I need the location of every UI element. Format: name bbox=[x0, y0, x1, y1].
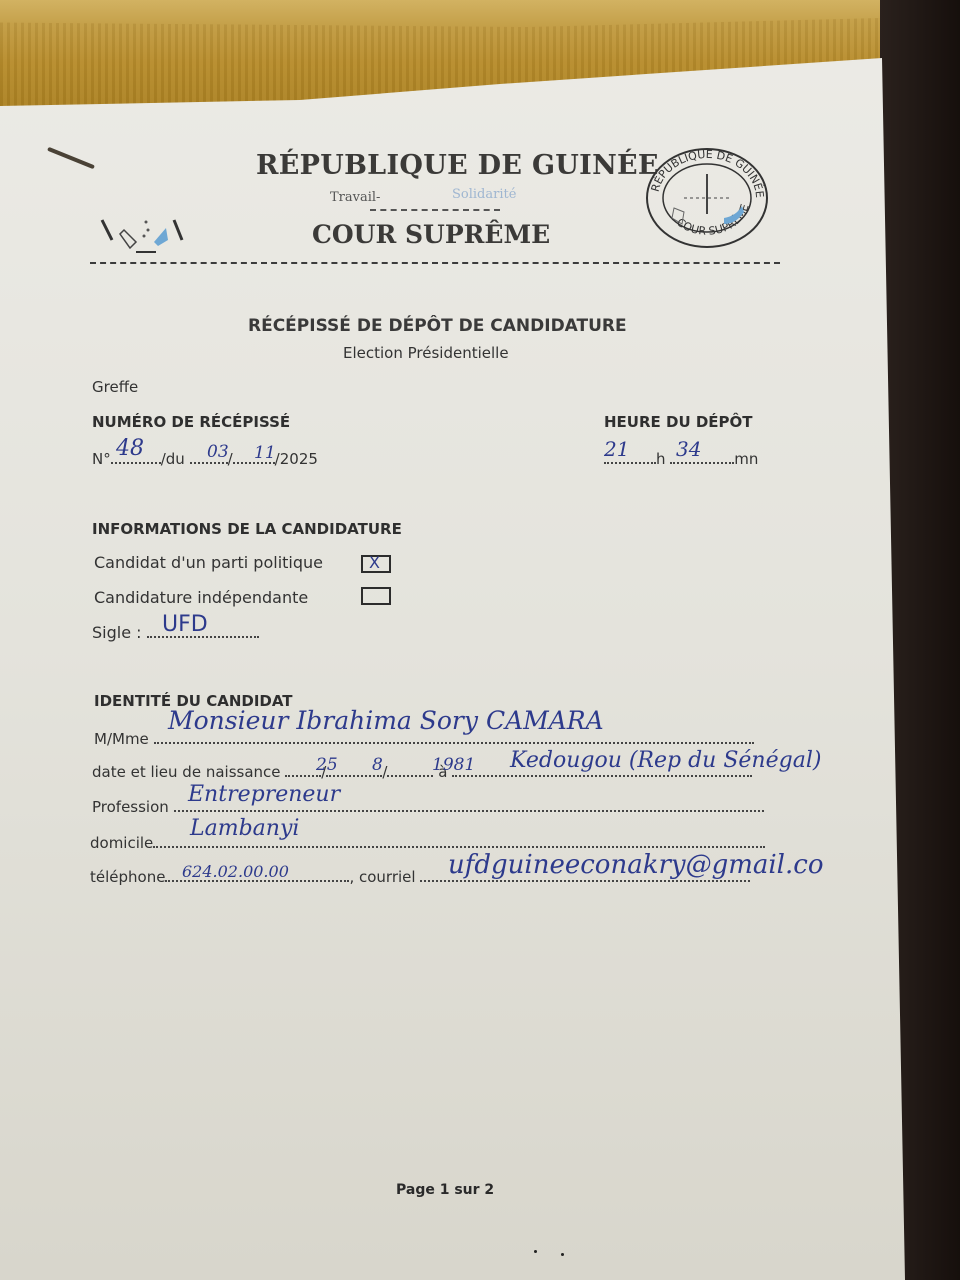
year-suffix: /2025 bbox=[275, 450, 318, 468]
profession-value: Entrepreneur bbox=[188, 782, 340, 807]
birth-year-value: 1981 bbox=[432, 755, 475, 775]
justice-emblem-icon bbox=[96, 212, 190, 260]
number-prefix: N° bbox=[92, 450, 111, 468]
domicile-value: Lambanyi bbox=[190, 816, 299, 841]
speck-mark bbox=[561, 1253, 564, 1256]
motto-divider bbox=[370, 209, 500, 211]
date-prefix: /du bbox=[161, 450, 185, 468]
court-seal-icon: RÉPUBLIQUE DE GUINÉE COUR SUPRÊME bbox=[644, 146, 770, 250]
option-party-label: Candidat d'un parti politique bbox=[94, 553, 323, 572]
motto-travail: Travail- bbox=[330, 190, 380, 205]
receipt-month-value: 11 bbox=[254, 443, 276, 463]
name-value: Monsieur Ibrahima Sory CAMARA bbox=[168, 706, 604, 735]
receipt-number-value: 48 bbox=[116, 436, 144, 461]
option-independent-checkbox[interactable] bbox=[361, 587, 391, 605]
speck-mark bbox=[534, 1250, 537, 1253]
document-title: RÉCÉPISSÉ DE DÉPÔT DE CANDIDATURE bbox=[248, 316, 627, 336]
sigle-label: Sigle : bbox=[92, 623, 142, 642]
page-number: Page 1 sur 2 bbox=[396, 1182, 494, 1198]
email-value: ufdguineeconakry@gmail.co bbox=[448, 850, 823, 880]
court-title: COUR SUPRÊME bbox=[312, 220, 550, 249]
receipt-number-heading: NUMÉRO DE RÉCÉPISSÉ bbox=[92, 413, 290, 431]
time-minute-value: 34 bbox=[676, 437, 701, 461]
document-page: RÉPUBLIQUE DE GUINÉE Travail- Solidarité… bbox=[0, 0, 960, 1280]
candidature-heading: INFORMATIONS DE LA CANDIDATURE bbox=[92, 520, 402, 538]
phone-value: 624.02.00.00 bbox=[182, 862, 289, 881]
birth-month-value: 8 bbox=[372, 755, 383, 775]
document-subtitle: Election Présidentielle bbox=[343, 344, 509, 362]
time-hour-value: 21 bbox=[604, 437, 629, 461]
country-title: RÉPUBLIQUE DE GUINÉE bbox=[256, 150, 659, 181]
birth-day-value: 25 bbox=[316, 755, 338, 775]
staple-mark bbox=[47, 147, 95, 169]
header-divider bbox=[90, 262, 780, 264]
option-independent-label: Candidature indépendante bbox=[94, 588, 308, 607]
receipt-day-value: 03 bbox=[207, 442, 229, 462]
sigle-value: UFD bbox=[162, 612, 208, 637]
birth-place-value: Kedougou (Rep du Sénégal) bbox=[510, 748, 821, 773]
time-heading: HEURE DU DÉPÔT bbox=[604, 413, 753, 431]
greffe-label: Greffe bbox=[92, 378, 138, 396]
svg-text:COUR SUPRÊME: COUR SUPRÊME bbox=[674, 203, 751, 238]
motto-solidarite: Solidarité bbox=[452, 187, 516, 202]
seal-text-bottom: COUR SUPRÊME bbox=[674, 203, 751, 238]
checkbox-mark: X bbox=[369, 553, 380, 572]
option-party-checkbox[interactable]: X bbox=[361, 555, 391, 573]
